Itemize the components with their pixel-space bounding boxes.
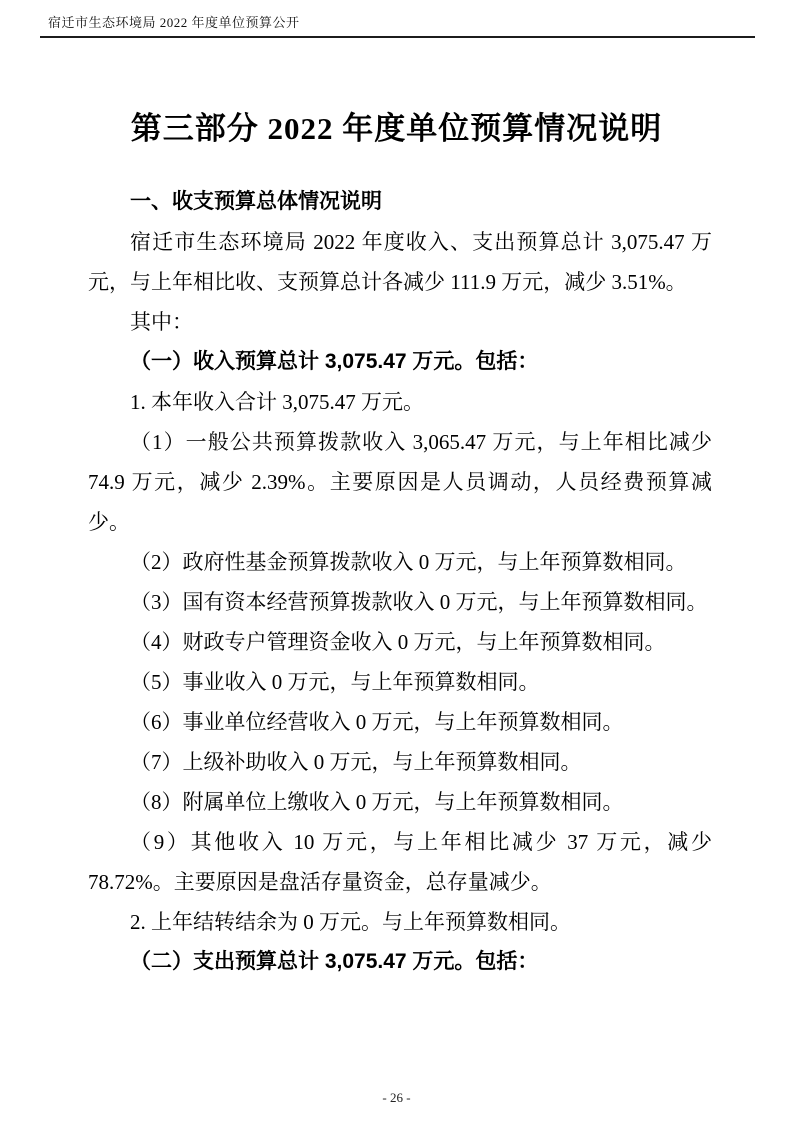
document-title: 第三部分 2022 年度单位预算情况说明 — [0, 103, 793, 148]
paragraph-income-item-8: （8）附属单位上缴收入 0 万元，与上年预算数相同。 — [88, 782, 712, 822]
page-header: 宿迁市生态环境局 2022 年度单位预算公开 — [40, 8, 755, 38]
paragraph-income-item-2: （2）政府性基金预算拨款收入 0 万元，与上年预算数相同。 — [88, 542, 712, 582]
paragraph-income-item-5: （5）事业收入 0 万元，与上年预算数相同。 — [88, 662, 712, 702]
paragraph-current-year-income: 1. 本年收入合计 3,075.47 万元。 — [88, 382, 712, 422]
paragraph-income-item-6: （6）事业单位经营收入 0 万元，与上年预算数相同。 — [88, 702, 712, 742]
paragraph-income-item-3: （3）国有资本经营预算拨款收入 0 万元，与上年预算数相同。 — [88, 582, 712, 622]
document-page: 宿迁市生态环境局 2022 年度单位预算公开 第三部分 2022 年度单位预算情… — [0, 0, 793, 1122]
paragraph-income-item-4: （4）财政专户管理资金收入 0 万元，与上年预算数相同。 — [88, 622, 712, 662]
document-body: 一、收支预算总体情况说明 宿迁市生态环境局 2022 年度收入、支出预算总计 3… — [88, 182, 712, 982]
paragraph-income-item-9: （9）其他收入 10 万元，与上年相比减少 37 万元，减少 78.72%。主要… — [88, 822, 712, 902]
heading-expenditure-total: （二）支出预算总计 3,075.47 万元。包括： — [88, 942, 712, 982]
heading-income-total: （一）收入预算总计 3,075.47 万元。包括： — [88, 342, 712, 382]
page-number: - 26 - — [0, 1090, 793, 1106]
paragraph-income-item-7: （7）上级补助收入 0 万元，与上年预算数相同。 — [88, 742, 712, 782]
paragraph-income-item-1: （1）一般公共预算拨款收入 3,065.47 万元，与上年相比减少 74.9 万… — [88, 422, 712, 542]
paragraph-budget-overview: 宿迁市生态环境局 2022 年度收入、支出预算总计 3,075.47 万元，与上… — [88, 222, 712, 302]
paragraph-among-which: 其中： — [88, 302, 712, 342]
paragraph-carryover: 2. 上年结转结余为 0 万元。与上年预算数相同。 — [88, 902, 712, 942]
section-heading-overview: 一、收支预算总体情况说明 — [88, 182, 712, 222]
